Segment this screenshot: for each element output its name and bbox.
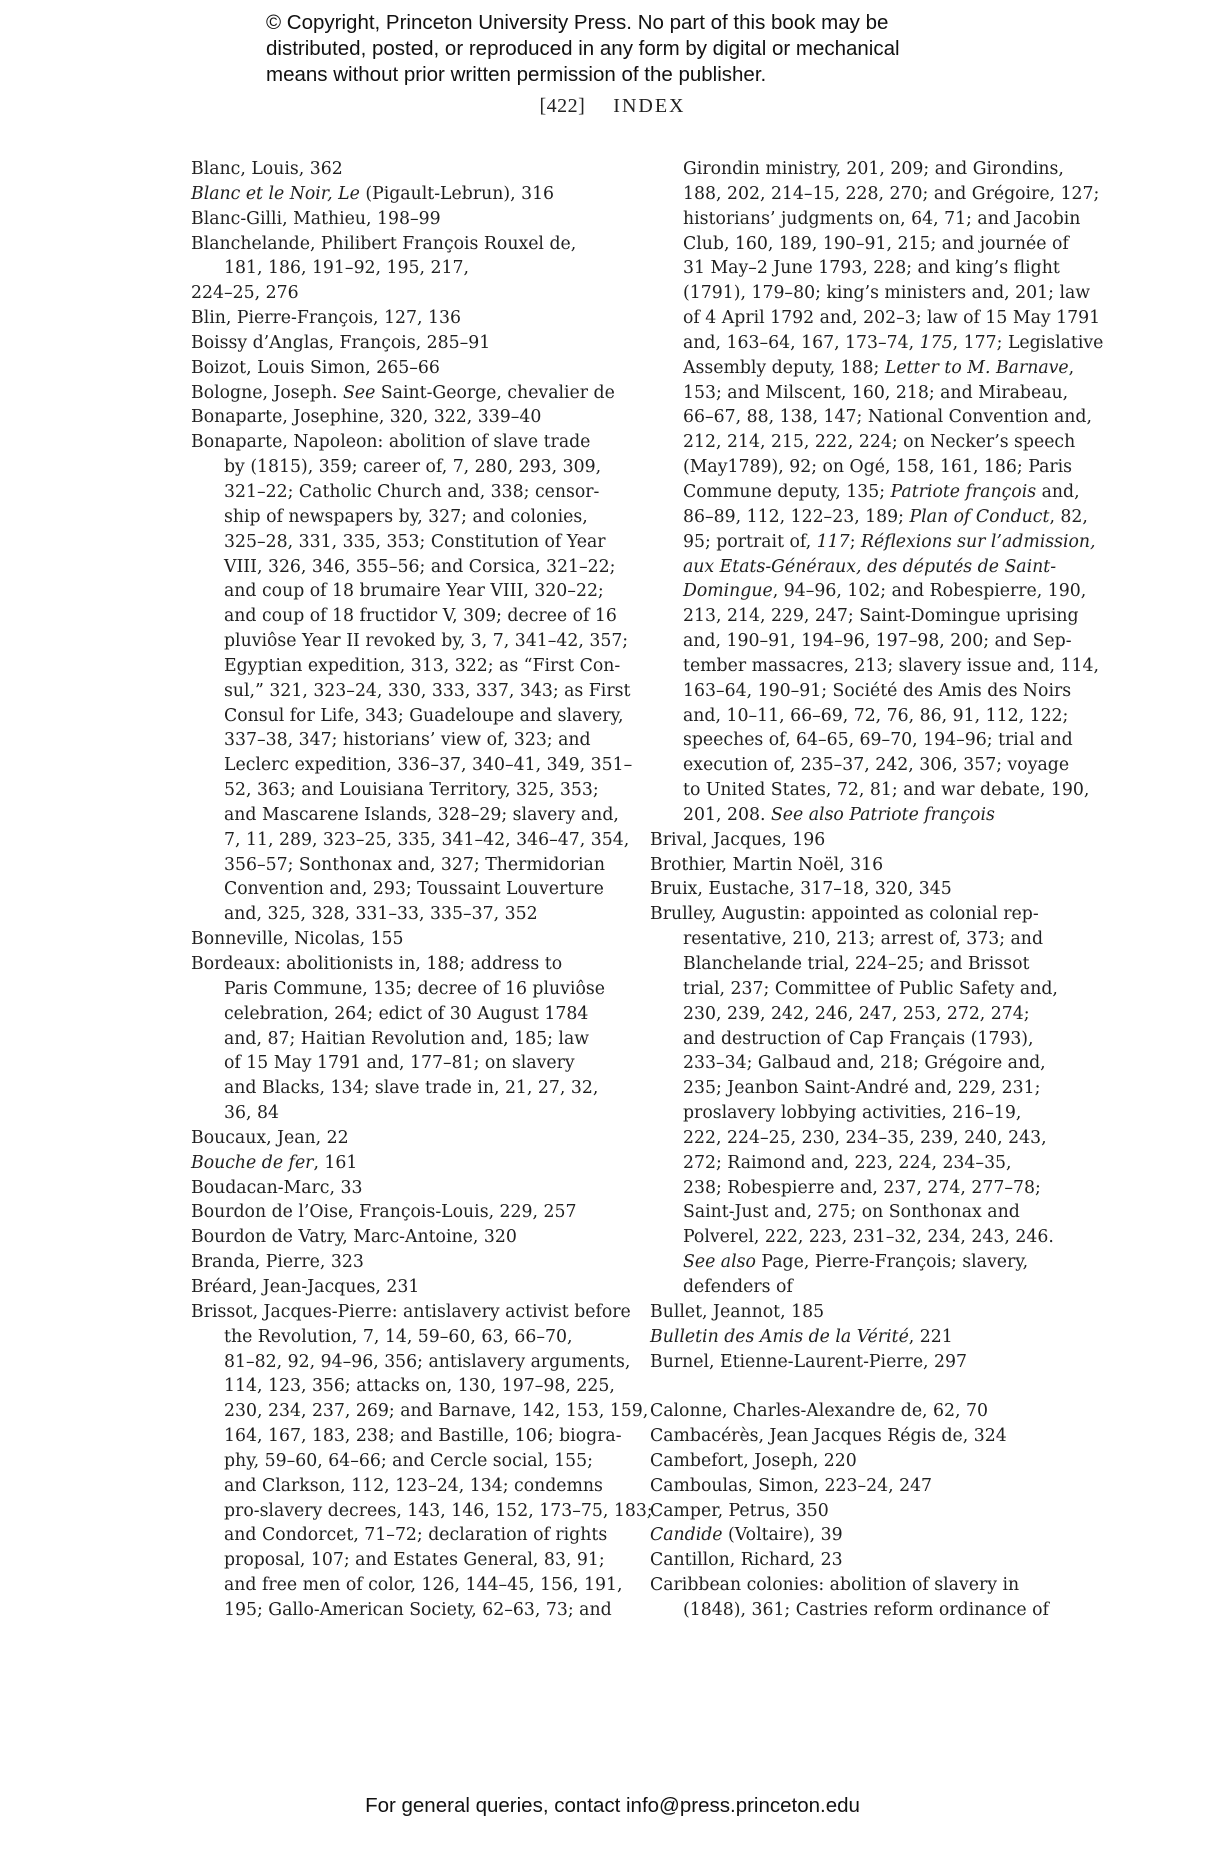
index-entry-continuation: trial, 237; Committee of Public Safety a… [650,977,1070,1002]
entry-text: 153; and Milscent, 160, 218; and Mirabea… [683,383,1068,403]
index-entry-continuation: phy, 59–60, 64–66; and Cercle social, 15… [191,1449,611,1474]
index-entry-continuation: 212, 214, 215, 222, 224; on Necker’s spe… [650,430,1070,455]
entry-text: , 161 [313,1153,357,1173]
entry-text: Boudacan-Marc, 33 [191,1178,362,1198]
index-entry-continuation: sul,” 321, 323–24, 330, 333, 337, 343; a… [191,679,611,704]
entry-text: Blanc-Gilli, Mathieu, 198–99 [191,209,441,229]
entry-text: 164, 167, 183, 238; and Bastille, 106; b… [224,1426,622,1446]
entry-text: Brival, Jacques, 196 [650,830,825,850]
index-entry: Bourdon de l’Oise, François-Louis, 229, … [191,1200,611,1225]
entry-text: Bréard, Jean-Jacques, 231 [191,1277,419,1297]
index-entry-continuation: Egyptian expedition, 313, 322; as “First… [191,654,611,679]
index-entry: Bordeaux: abolitionists in, 188; address… [191,952,611,977]
index-entry-continuation: of 4 April 1792 and, 202–3; law of 15 Ma… [650,306,1070,331]
entry-text: Blanchelande, Philibert François Rouxel … [191,234,576,254]
entry-text: Bordeaux: abolitionists in, 188; address… [191,954,562,974]
index-entry-continuation: 272; Raimond and, 223, 224, 234–35, [650,1151,1070,1176]
index-entry-continuation: 153; and Milscent, 160, 218; and Mirabea… [650,381,1070,406]
italic-title-text: 117 [817,532,850,552]
entry-text: , 221 [909,1327,953,1347]
entry-text: Brothier, Martin Noël, 316 [650,855,883,875]
index-entry-continuation: and Mascarene Islands, 328–29; slavery a… [191,803,611,828]
letter-group-gap [650,1374,1070,1399]
index-entry-continuation: to United States, 72, 81; and war debate… [650,778,1070,803]
italic-title-text: See also [683,1252,756,1272]
index-entry-continuation: and coup of 18 fructidor V, 309; decree … [191,604,611,629]
index-entry-continuation: celebration, 264; edict of 30 August 178… [191,1002,611,1027]
entry-text: 195; Gallo-American Society, 62–63, 73; … [224,1600,612,1620]
entry-text: Brulley, Augustin: appointed as colonial… [650,904,1039,924]
entry-text: and Condorcet, 71–72; declaration of rig… [224,1525,607,1545]
index-entry-continuation: 201, 208. See also Patriote françois [650,803,1070,828]
entry-text: and, [1036,482,1079,502]
entry-text: of 15 May 1791 and, 177–81; on slavery [224,1053,575,1073]
entry-text: , 177; Legislative [953,333,1104,353]
entry-text: , 94–96, 102; and Robespierre, 190, [773,581,1086,601]
index-entry-continuation: Convention and, 293; Toussaint Louvertur… [191,877,611,902]
italic-title-text: Blanc et le Noir, Le [191,184,360,204]
index-entry: Bonaparte, Josephine, 320, 322, 339–40 [191,405,611,430]
entry-text: Blanchelande trial, 224–25; and Brissot [683,954,1029,974]
entry-text: (1791), 179–80; king’s ministers and, 20… [683,283,1090,303]
index-entry: Boudacan-Marc, 33 [191,1176,611,1201]
index-entry-continuation: 81–82, 92, 94–96, 356; antislavery argum… [191,1350,611,1375]
entry-text: 213, 214, 229, 247; Saint-Domingue upris… [683,606,1079,626]
index-entry-continuation: VIII, 326, 346, 355–56; and Corsica, 321… [191,555,611,580]
index-entry: Calonne, Charles-Alexandre de, 62, 70 [650,1399,1070,1424]
entry-text: Bonaparte, Josephine, 320, 322, 339–40 [191,407,541,427]
index-entry-continuation: and, 190–91, 194–96, 197–98, 200; and Se… [650,629,1070,654]
entry-text: 36, 84 [224,1103,279,1123]
entry-text: Paris Commune, 135; decree of 16 pluviôs… [224,979,605,999]
index-entry-continuation: 181, 186, 191–92, 195, 217, [191,256,611,281]
index-entry-continuation: proslavery lobbying activities, 216–19, [650,1101,1070,1126]
index-entry-continuation: 356–57; Sonthonax and, 327; Thermidorian [191,853,611,878]
entry-text: and Clarkson, 112, 123–24, 134; condemns [224,1476,603,1496]
index-entry-continuation: and Condorcet, 71–72; declaration of rig… [191,1523,611,1548]
index-entry-continuation: 66–67, 88, 138, 147; National Convention… [650,405,1070,430]
entry-text: Saint-George, chevalier de [375,383,614,403]
index-entry: Blanchelande, Philibert François Rouxel … [191,232,611,257]
index-entry: Bologne, Joseph. See Saint-George, cheva… [191,381,611,406]
entry-text: Blanc, Louis, 362 [191,159,343,179]
index-entry: Branda, Pierre, 323 [191,1250,611,1275]
index-entry-continuation: Club, 160, 189, 190–91, 215; and journée… [650,232,1070,257]
index-entry: Blanc-Gilli, Mathieu, 198–99 [191,207,611,232]
index-entry-continuation: 195; Gallo-American Society, 62–63, 73; … [191,1598,611,1623]
entry-text: 238; Robespierre and, 237, 274, 277–78; [683,1178,1041,1198]
index-entry-continuation: and, 10–11, 66–69, 72, 76, 86, 91, 112, … [650,704,1070,729]
index-entry: Cambacérès, Jean Jacques Régis de, 324 [650,1424,1070,1449]
index-entry-continuation: of 15 May 1791 and, 177–81; on slavery [191,1051,611,1076]
entry-text: celebration, 264; edict of 30 August 178… [224,1004,588,1024]
index-entry-continuation: 114, 123, 356; attacks on, 130, 197–98, … [191,1374,611,1399]
index-entry-continuation: 337–38, 347; historians’ view of, 323; a… [191,728,611,753]
index-entry-continuation: ship of newspapers by, 327; and colonies… [191,505,611,530]
entry-text: Branda, Pierre, 323 [191,1252,364,1272]
index-entry-continuation: 163–64, 190–91; Société des Amis des Noi… [650,679,1070,704]
entry-text: trial, 237; Committee of Public Safety a… [683,979,1058,999]
entry-text: Club, 160, 189, 190–91, 215; and journée… [683,234,1069,254]
entry-text: and, 190–91, 194–96, 197–98, 200; and Se… [683,631,1072,651]
entry-text: 356–57; Sonthonax and, 327; Thermidorian [224,855,605,875]
index-entry-continuation: and coup of 18 brumaire Year VIII, 320–2… [191,579,611,604]
entry-text: pro-slavery decrees, 143, 146, 152, 173–… [224,1501,653,1521]
index-entry: Bourdon de Vatry, Marc-Antoine, 320 [191,1225,611,1250]
index-column-left: Blanc, Louis, 362Blanc et le Noir, Le (P… [191,157,611,1623]
italic-title-text: 175 [920,333,953,353]
index-entry-continuation: 31 May–2 June 1793, 228; and king’s flig… [650,256,1070,281]
italic-title-text: See [343,383,375,403]
index-entry-continuation: 230, 239, 242, 246, 247, 253, 272, 274; [650,1002,1070,1027]
index-entry-continuation: and, 163–64, 167, 173–74, 175, 177; Legi… [650,331,1070,356]
entry-text: ; [850,532,861,552]
entry-text: proposal, 107; and Estates General, 83, … [224,1550,605,1570]
index-entry-continuation: 95; portrait of, 117; Réflexions sur l’a… [650,530,1070,555]
entry-text: 230, 234, 237, 269; and Barnave, 142, 15… [224,1401,648,1421]
entry-text: and Mascarene Islands, 328–29; slavery a… [224,805,619,825]
index-entry-continuation: defenders of [650,1275,1070,1300]
index-entry: Boizot, Louis Simon, 265–66 [191,356,611,381]
entry-text: 52, 363; and Louisiana Territory, 325, 3… [224,780,599,800]
entry-text: (Pigault-Lebrun), 316 [360,184,554,204]
italic-title-text: Letter to M. Barnave [885,358,1069,378]
entry-text: Girondin ministry, 201, 209; and Girondi… [683,159,1064,179]
entry-text: 181, 186, 191–92, 195, 217, [224,258,469,278]
entry-text: and, 10–11, 66–69, 72, 76, 86, 91, 112, … [683,706,1068,726]
index-entry-continuation: Assembly deputy, 188; Letter to M. Barna… [650,356,1070,381]
entry-text: 66–67, 88, 138, 147; National Convention… [683,407,1092,427]
index-entry: Blin, Pierre-François, 127, 136 [191,306,611,331]
entry-text: Calonne, Charles-Alexandre de, 62, 70 [650,1401,988,1421]
index-entry-continuation: 321–22; Catholic Church and, 338; censor… [191,480,611,505]
italic-title-text: Bulletin des Amis de la Vérité [650,1327,909,1347]
index-entry-continuation: aux Etats-Généraux, des députés de Saint… [650,555,1070,580]
index-entry-continuation: 325–28, 331, 335, 353; Constitution of Y… [191,530,611,555]
italic-title-text: Patriote françois [891,482,1037,502]
entry-text: 86–89, 112, 122–23, 189; [683,507,909,527]
entry-text: and free men of color, 126, 144–45, 156,… [224,1575,623,1595]
entry-text: 321–22; Catholic Church and, 338; censor… [224,482,599,502]
copyright-line: distributed, posted, or reproduced in an… [266,36,986,62]
entry-text: Camper, Petrus, 350 [650,1501,829,1521]
index-entry-continuation: 233–34; Galbaud and, 218; Grégoire and, [650,1051,1070,1076]
entry-text: Assembly deputy, 188; [683,358,885,378]
index-entry-continuation: Commune deputy, 135; Patriote françois a… [650,480,1070,505]
index-entry-continuation: and Clarkson, 112, 123–24, 134; condemns [191,1474,611,1499]
entry-text: execution of, 235–37, 242, 306, 357; voy… [683,755,1069,775]
entry-text: Leclerc expedition, 336–37, 340–41, 349,… [224,755,632,775]
entry-text: and, 163–64, 167, 173–74, [683,333,920,353]
entry-text: 114, 123, 356; attacks on, 130, 197–98, … [224,1376,615,1396]
entry-text: Brissot, Jacques-Pierre: antislavery act… [191,1302,631,1322]
entry-text: Burnel, Etienne-Laurent-Pierre, 297 [650,1352,967,1372]
index-entry-continuation: pluviôse Year II revoked by, 3, 7, 341–4… [191,629,611,654]
index-entry-continuation: 7, 11, 289, 323–25, 335, 341–42, 346–47,… [191,828,611,853]
entry-text: 337–38, 347; historians’ view of, 323; a… [224,730,591,750]
entry-text: Page, Pierre-François; slavery, [756,1252,1028,1272]
index-entry-continuation: and Blacks, 134; slave trade in, 21, 27,… [191,1076,611,1101]
entry-text: and coup of 18 fructidor V, 309; decree … [224,606,617,626]
index-entry-continuation: 238; Robespierre and, 237, 274, 277–78; [650,1176,1070,1201]
index-entry: Caribbean colonies: abolition of slavery… [650,1573,1070,1598]
index-entry-continuation: execution of, 235–37, 242, 306, 357; voy… [650,753,1070,778]
index-entry: Cambefort, Joseph, 220 [650,1449,1070,1474]
page-number: [422] [539,95,585,117]
entry-text: and, 325, 328, 331–33, 335–37, 352 [224,904,538,924]
index-entry-continuation: (May1789), 92; on Ogé, 158, 161, 186; Pa… [650,455,1070,480]
entry-text: (1848), 361; Castries reform ordinance o… [683,1600,1049,1620]
entry-text: and coup of 18 brumaire Year VIII, 320–2… [224,581,604,601]
entry-text: Camboulas, Simon, 223–24, 247 [650,1476,932,1496]
index-entry-continuation: Domingue, 94–96, 102; and Robespierre, 1… [650,579,1070,604]
index-entry: Candide (Voltaire), 39 [650,1523,1070,1548]
section-title: INDEX [613,95,685,117]
entry-text: and destruction of Cap Français (1793), [683,1029,1034,1049]
entry-text: Bonaparte, Napoleon: abolition of slave … [191,432,590,452]
entry-text: Consul for Life, 343; Guadeloupe and sla… [224,706,624,726]
index-entry-continuation: 235; Jeanbon Saint-André and, 229, 231; [650,1076,1070,1101]
index-entry-continuation: speeches of, 64–65, 69–70, 194–96; trial… [650,728,1070,753]
index-entry-continuation: resentative, 210, 213; arrest of, 373; a… [650,927,1070,952]
index-entry-continuation: 86–89, 112, 122–23, 189; Plan of Conduct… [650,505,1070,530]
index-entry: Brothier, Martin Noël, 316 [650,853,1070,878]
index-entry-continuation: Girondin ministry, 201, 209; and Girondi… [650,157,1070,182]
index-entry: Bullet, Jeannot, 185 [650,1300,1070,1325]
copyright-notice: © Copyright, Princeton University Press.… [266,10,986,88]
index-entry-continuation: 36, 84 [191,1101,611,1126]
entry-text: historians’ judgments on, 64, 71; and Ja… [683,209,1080,229]
entry-text: Bullet, Jeannot, 185 [650,1302,824,1322]
entry-text: Egyptian expedition, 313, 322; as “First… [224,656,620,676]
entry-text: 81–82, 92, 94–96, 356; antislavery argum… [224,1352,630,1372]
index-entry: Blanc, Louis, 362 [191,157,611,182]
entry-text: 233–34; Galbaud and, 218; Grégoire and, [683,1053,1046,1073]
entry-text: Boissy d’Anglas, François, 285–91 [191,333,490,353]
index-entry-continuation: (1791), 179–80; king’s ministers and, 20… [650,281,1070,306]
entry-text: Polverel, 222, 223, 231–32, 234, 243, 24… [683,1227,1054,1247]
italic-title-text: Bouche de fer [191,1153,313,1173]
entry-text: pluviôse Year II revoked by, 3, 7, 341–4… [224,631,628,651]
entry-text: and, 87; Haitian Revolution and, 185; la… [224,1029,589,1049]
index-entry: 224–25, 276 [191,281,611,306]
index-entry: Boissy d’Anglas, François, 285–91 [191,331,611,356]
entry-text: 222, 224–25, 230, 234–35, 239, 240, 243, [683,1128,1047,1148]
index-entry: Bréard, Jean-Jacques, 231 [191,1275,611,1300]
entry-text: to United States, 72, 81; and war debate… [683,780,1089,800]
entry-text: the Revolution, 7, 14, 59–60, 63, 66–70, [224,1327,573,1347]
index-entry: Camper, Petrus, 350 [650,1499,1070,1524]
entry-text: 235; Jeanbon Saint-André and, 229, 231; [683,1078,1040,1098]
entry-text: Bourdon de l’Oise, François-Louis, 229, … [191,1202,577,1222]
index-entry: Bulletin des Amis de la Vérité, 221 [650,1325,1070,1350]
entry-text: 163–64, 190–91; Société des Amis des Noi… [683,681,1071,701]
index-entry-continuation: Blanchelande trial, 224–25; and Brissot [650,952,1070,977]
italic-title-text: Plan of Conduct [909,507,1049,527]
contact-footer: For general queries, contact info@press.… [0,1794,1225,1818]
index-entry-continuation: 164, 167, 183, 238; and Bastille, 106; b… [191,1424,611,1449]
entry-text: Bologne, Joseph. [191,383,343,403]
entry-text: Cambacérès, Jean Jacques Régis de, 324 [650,1426,1007,1446]
entry-text: resentative, 210, 213; arrest of, 373; a… [683,929,1043,949]
entry-text: 31 May–2 June 1793, 228; and king’s flig… [683,258,1060,278]
running-head: [422] INDEX [0,95,1225,118]
index-entry: Brissot, Jacques-Pierre: antislavery act… [191,1300,611,1325]
entry-text: 224–25, 276 [191,283,299,303]
index-entry-continuation: historians’ judgments on, 64, 71; and Ja… [650,207,1070,232]
entry-text: speeches of, 64–65, 69–70, 194–96; trial… [683,730,1073,750]
entry-text: (May1789), 92; on Ogé, 158, 161, 186; Pa… [683,457,1072,477]
index-entry-continuation: Consul for Life, 343; Guadeloupe and sla… [191,704,611,729]
index-entry-continuation: by (1815), 359; career of, 7, 280, 293, … [191,455,611,480]
entry-text: Caribbean colonies: abolition of slavery… [650,1575,1019,1595]
entry-text: Commune deputy, 135; [683,482,891,502]
italic-title-text: aux Etats-Généraux, des députés de Saint… [683,557,1056,577]
index-entry-continuation: (1848), 361; Castries reform ordinance o… [650,1598,1070,1623]
index-entry: Camboulas, Simon, 223–24, 247 [650,1474,1070,1499]
entry-text: 188, 202, 214–15, 228, 270; and Grégoire… [683,184,1099,204]
index-entry-continuation: and, 325, 328, 331–33, 335–37, 352 [191,902,611,927]
italic-title-text: Domingue [683,581,773,601]
index-entry-continuation: 188, 202, 214–15, 228, 270; and Grégoire… [650,182,1070,207]
entry-text: 7, 11, 289, 323–25, 335, 341–42, 346–47,… [224,830,629,850]
entry-text: 201, 208. [683,805,771,825]
index-entry: Cantillon, Richard, 23 [650,1548,1070,1573]
copyright-line: © Copyright, Princeton University Press.… [266,10,986,36]
italic-title-text: Réflexions sur l’admission, [861,532,1096,552]
index-entry-continuation: 213, 214, 229, 247; Saint-Domingue upris… [650,604,1070,629]
entry-text: , 82, [1049,507,1087,527]
index-entry-continuation: the Revolution, 7, 14, 59–60, 63, 66–70, [191,1325,611,1350]
entry-text: VIII, 326, 346, 355–56; and Corsica, 321… [224,557,616,577]
entry-text: 212, 214, 215, 222, 224; on Necker’s spe… [683,432,1075,452]
index-entry-continuation: and destruction of Cap Français (1793), [650,1027,1070,1052]
entry-text: 95; portrait of, [683,532,817,552]
index-entry: Boucaux, Jean, 22 [191,1126,611,1151]
entry-text: 272; Raimond and, 223, 224, 234–35, [683,1153,1012,1173]
index-entry-continuation: See also Page, Pierre-François; slavery, [650,1250,1070,1275]
index-entry: Blanc et le Noir, Le (Pigault-Lebrun), 3… [191,182,611,207]
index-entry-continuation: proposal, 107; and Estates General, 83, … [191,1548,611,1573]
index-entry-continuation: Leclerc expedition, 336–37, 340–41, 349,… [191,753,611,778]
index-entry: Bonneville, Nicolas, 155 [191,927,611,952]
entry-text: 325–28, 331, 335, 353; Constitution of Y… [224,532,606,552]
entry-text: phy, 59–60, 64–66; and Cercle social, 15… [224,1451,593,1471]
entry-text: Bonneville, Nicolas, 155 [191,929,404,949]
entry-text: Boucaux, Jean, 22 [191,1128,349,1148]
entry-text: defenders of [683,1277,793,1297]
index-entry-continuation: tember massacres, 213; slavery issue and… [650,654,1070,679]
index-entry-continuation: and, 87; Haitian Revolution and, 185; la… [191,1027,611,1052]
index-entry: Burnel, Etienne-Laurent-Pierre, 297 [650,1350,1070,1375]
entry-text: Cantillon, Richard, 23 [650,1550,843,1570]
entry-text: Convention and, 293; Toussaint Louvertur… [224,879,604,899]
index-entry-continuation: Paris Commune, 135; decree of 16 pluviôs… [191,977,611,1002]
entry-text: of 4 April 1792 and, 202–3; law of 15 Ma… [683,308,1100,328]
index-entry: Brulley, Augustin: appointed as colonial… [650,902,1070,927]
entry-text: sul,” 321, 323–24, 330, 333, 337, 343; a… [224,681,630,701]
italic-title-text: See also Patriote françois [771,805,995,825]
entry-text: Bruix, Eustache, 317–18, 320, 345 [650,879,952,899]
index-column-right: Girondin ministry, 201, 209; and Girondi… [650,157,1070,1623]
index-entry: Brival, Jacques, 196 [650,828,1070,853]
copyright-line: means without prior written permission o… [266,62,986,88]
entry-text: 230, 239, 242, 246, 247, 253, 272, 274; [683,1004,1030,1024]
entry-text: , [1069,358,1075,378]
entry-text: Cambefort, Joseph, 220 [650,1451,857,1471]
entry-text: and Blacks, 134; slave trade in, 21, 27,… [224,1078,598,1098]
index-entry-continuation: 222, 224–25, 230, 234–35, 239, 240, 243, [650,1126,1070,1151]
entry-text: ship of newspapers by, 327; and colonies… [224,507,588,527]
entry-text: by (1815), 359; career of, 7, 280, 293, … [224,457,601,477]
entry-text: (Voltaire), 39 [723,1525,843,1545]
entry-text: Saint-Just and, 275; on Sonthonax and [683,1202,1020,1222]
index-entry-continuation: 52, 363; and Louisiana Territory, 325, 3… [191,778,611,803]
entry-text: tember massacres, 213; slavery issue and… [683,656,1099,676]
index-entry: Bonaparte, Napoleon: abolition of slave … [191,430,611,455]
index-entry-continuation: 230, 234, 237, 269; and Barnave, 142, 15… [191,1399,611,1424]
index-entry: Bruix, Eustache, 317–18, 320, 345 [650,877,1070,902]
index-entry-continuation: Polverel, 222, 223, 231–32, 234, 243, 24… [650,1225,1070,1250]
entry-text: proslavery lobbying activities, 216–19, [683,1103,1021,1123]
index-entry-continuation: and free men of color, 126, 144–45, 156,… [191,1573,611,1598]
index-entry-continuation: pro-slavery decrees, 143, 146, 152, 173–… [191,1499,611,1524]
italic-title-text: Candide [650,1525,723,1545]
index-entry: Bouche de fer, 161 [191,1151,611,1176]
entry-text: Blin, Pierre-François, 127, 136 [191,308,461,328]
entry-text: Boizot, Louis Simon, 265–66 [191,358,440,378]
entry-text: Bourdon de Vatry, Marc-Antoine, 320 [191,1227,517,1247]
index-entry-continuation: Saint-Just and, 275; on Sonthonax and [650,1200,1070,1225]
